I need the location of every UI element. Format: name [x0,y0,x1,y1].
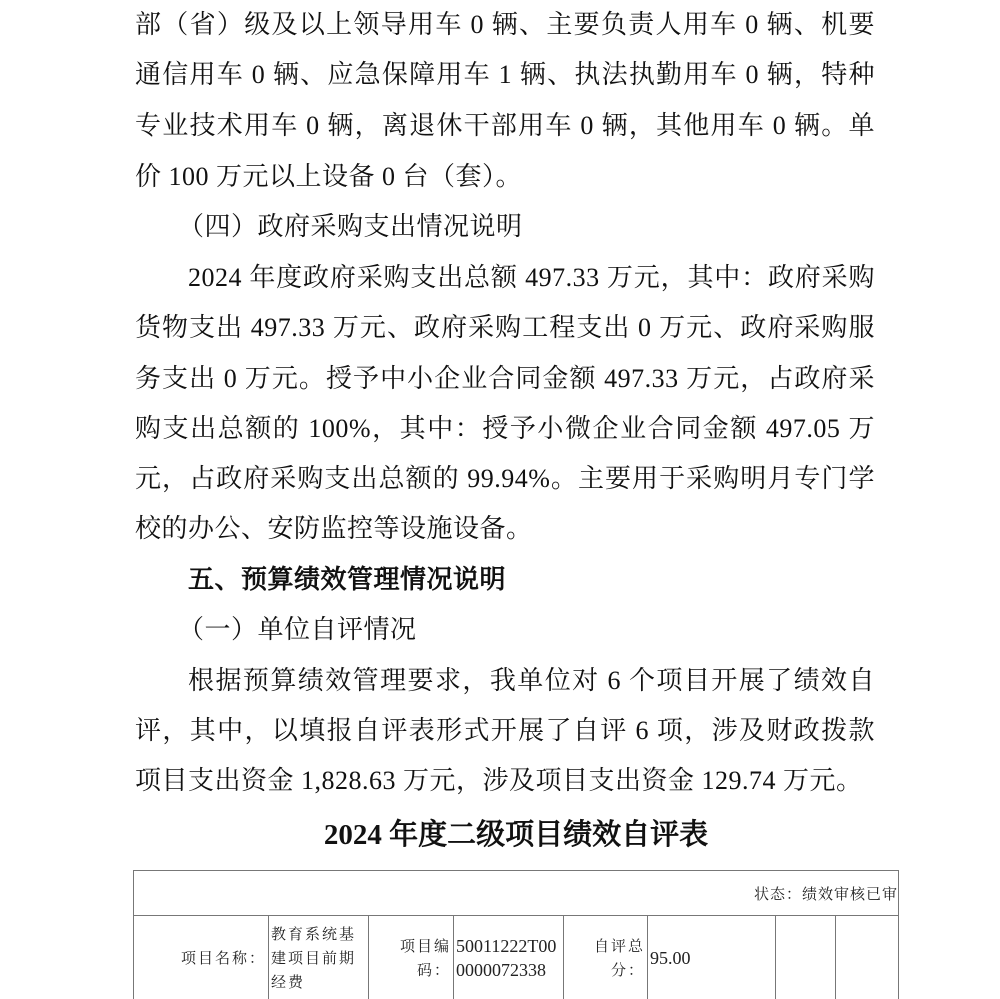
self-eval-table: 状态：绩效审核已审 项目名称： 教育系统基建项目前期经费 项目编码： 50011… [133,870,899,999]
project-code-label: 项目编码： [369,916,454,999]
project-code-value: 50011222T000000072338 [454,916,564,999]
paragraph-procurement-line-5: 元，占政府采购支出总额的 99.94%。主要用于采购明月专门学 [135,464,875,494]
paragraph-procurement-line-3: 务支出 0 万元。授予中小企业合同金额 497.33 万元，占政府采 [135,364,875,394]
project-name-label: 项目名称： [134,916,269,999]
self-score-label: 自评总分： [564,916,648,999]
paragraph-vehicles-line-1: 部（省）级及以上领导用车 0 辆、主要负责人用车 0 辆、机要 [135,10,875,40]
paragraph-self-eval-line-3: 项目支出资金 1,828.63 万元，涉及项目支出资金 129.74 万元。 [135,766,875,796]
paragraph-procurement-line-1: 2024 年度政府采购支出总额 497.33 万元，其中：政府采购 [188,263,875,293]
paragraph-procurement-line-6: 校的办公、安防监控等设施设备。 [135,514,875,544]
status-label: 状态：绩效审核已审 [754,885,898,903]
table-title: 2024 年度二级项目绩效自评表 [0,817,1000,853]
subsection-1-heading: （一）单位自评情况 [178,615,918,645]
project-name-value: 教育系统基建项目前期经费 [269,916,369,999]
paragraph-procurement-line-2: 货物支出 497.33 万元、政府采购工程支出 0 万元、政府采购服 [135,313,875,343]
paragraph-vehicles-line-4: 价 100 万元以上设备 0 台（套）。 [135,162,875,192]
empty-cell-2 [836,916,899,999]
section-4-heading: （四）政府采购支出情况说明 [178,212,918,242]
paragraph-self-eval-line-1: 根据预算绩效管理要求，我单位对 6 个项目开展了绩效自 [188,666,875,696]
self-score-value: 95.00 [648,916,776,999]
paragraph-vehicles-line-2: 通信用车 0 辆、应急保障用车 1 辆、执法执勤用车 0 辆，特种 [135,60,875,90]
paragraph-procurement-line-4: 购支出总额的 100%，其中：授予小微企业合同金额 497.05 万 [135,414,875,444]
section-5-heading: 五、预算绩效管理情况说明 [188,565,928,595]
paragraph-vehicles-line-3: 专业技术用车 0 辆，离退休干部用车 0 辆，其他用车 0 辆。单 [135,111,875,141]
empty-cell-1 [776,916,836,999]
paragraph-self-eval-line-2: 评，其中，以填报自评表形式开展了自评 6 项，涉及财政拨款 [135,716,875,746]
status-cell: 状态：绩效审核已审 [134,871,899,916]
